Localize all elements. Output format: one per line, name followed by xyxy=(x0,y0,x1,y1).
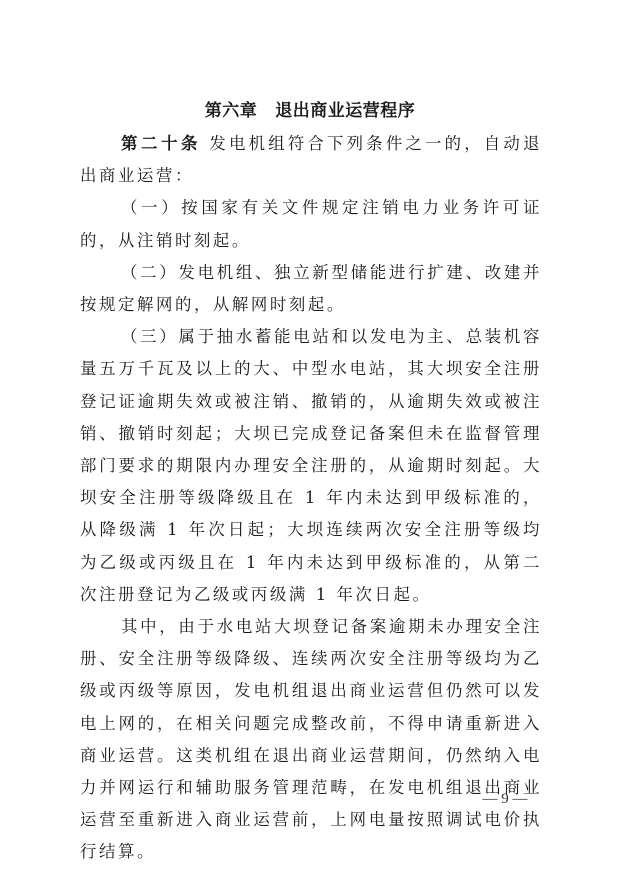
page-number: — 9 — xyxy=(470,791,540,808)
article-paragraph: 第二十条 发电机组符合下列条件之一的，自动退出商业运营： xyxy=(80,128,542,192)
chapter-number: 第六章 xyxy=(205,101,258,121)
article-number: 第二十条 xyxy=(121,134,201,153)
document-body: 第二十条 发电机组符合下列条件之一的，自动退出商业运营： （一）按国家有关文件规… xyxy=(80,128,542,869)
item-paragraph-2: （二）发电机组、独立新型储能进行扩建、改建并按规定解网的，从解网时刻起。 xyxy=(80,257,542,321)
closing-paragraph: 其中，由于水电站大坝登记备案逾期未办理安全注册、安全注册等级降级、连续两次安全注… xyxy=(80,611,542,869)
document-page: 第六章退出商业运营程序 第二十条 发电机组符合下列条件之一的，自动退出商业运营：… xyxy=(0,0,620,877)
chapter-heading: 第六章退出商业运营程序 xyxy=(0,96,620,121)
chapter-title: 退出商业运营程序 xyxy=(275,101,415,121)
item-paragraph-3: （三）属于抽水蓄能电站和以发电为主、总装机容量五万千瓦及以上的大、中型水电站，其… xyxy=(80,321,542,611)
item-paragraph-1: （一）按国家有关文件规定注销电力业务许可证的，从注销时刻起。 xyxy=(80,192,542,256)
